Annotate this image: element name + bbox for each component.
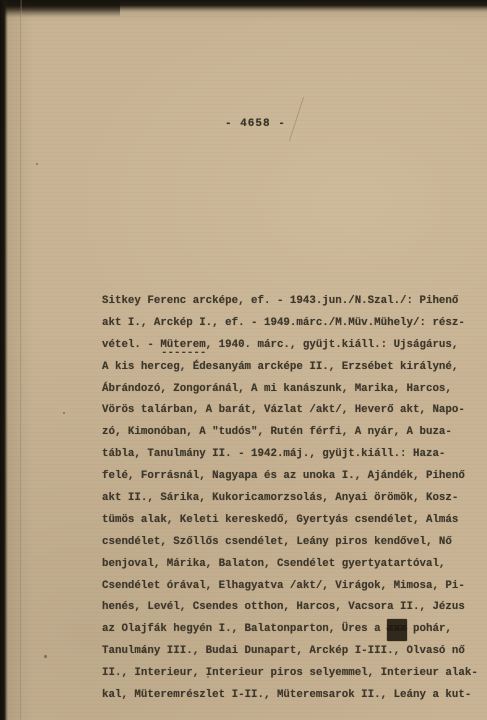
paper-speck xyxy=(63,412,65,414)
text-line: csendélet, Szőllős csendélet, Leány piro… xyxy=(102,532,480,554)
typed-text-block: Sitkey Ferenc arcképe, ef. - 1943.jun./N… xyxy=(102,291,480,707)
text-line: benjoval, Márika, Balaton, Csendélet gye… xyxy=(102,554,480,576)
text-line: tümös alak, Keleti kereskedő, Gyertyás c… xyxy=(102,510,480,532)
scanned-page: { "page": { "number_label": "- 4658 -" }… xyxy=(0,0,487,720)
text-line: vétel. - Müterem, 1940. márc., gyüjt.kiá… xyxy=(102,335,480,357)
scan-top-edge-corner xyxy=(0,0,120,17)
text-line: akt I., Arckép I., ef. - 1949.márc./M.Mü… xyxy=(102,313,480,335)
paper-speck xyxy=(44,655,47,658)
text-line-with-redaction: az Olajfák hegyén I., Balatonparton, Üre… xyxy=(102,619,480,641)
text-line: A kis herceg, Édesanyám arcképe II., Erz… xyxy=(102,357,480,379)
typed-underline: ------- xyxy=(161,348,206,358)
paper-scratch xyxy=(289,97,304,141)
page-number: - 4658 - xyxy=(225,118,286,130)
text-line: Vörös talárban, A barát, Vázlat /akt/, H… xyxy=(102,400,480,422)
text-line: Sitkey Ferenc arcképe, ef. - 1943.jun./N… xyxy=(102,291,480,313)
text-segment: az Olajfák hegyén I., Balatonparton, Üre… xyxy=(102,623,387,635)
text-line: henés, Levél, Csendes otthon, Harcos, Va… xyxy=(102,597,480,619)
struck-out-word: xxx xyxy=(387,619,406,641)
text-segment: pohár, xyxy=(407,623,452,635)
paper-speck xyxy=(207,676,209,678)
text-line: akt II., Sárika, Kukoricamorzsolás, Anya… xyxy=(102,488,480,510)
text-line: Ábrándozó, Zongoránál, A mi kanászunk, M… xyxy=(102,379,480,401)
text-line: Tanulmány III., Budai Dunapart, Arckép I… xyxy=(102,641,480,663)
text-line: II., Interieur, Interieur piros selyemme… xyxy=(102,663,480,685)
paper-speck xyxy=(36,163,38,165)
paper-speck xyxy=(143,649,146,652)
text-line: kal, Müteremrészlet I-II., Müteremsarok … xyxy=(102,685,480,707)
text-line: zó, Kimonóban, A "tudós", Rutén férfi, A… xyxy=(102,422,480,444)
text-line: Csendélet órával, Elhagyatva /akt/, Virá… xyxy=(102,576,480,598)
text-line: felé, Forrásnál, Nagyapa és az unoka I.,… xyxy=(102,466,480,488)
scan-left-edge xyxy=(0,0,8,720)
paper-crease xyxy=(20,0,22,720)
text-line: tábla, Tanulmány II. - 1942.máj., gyüjt.… xyxy=(102,444,480,466)
